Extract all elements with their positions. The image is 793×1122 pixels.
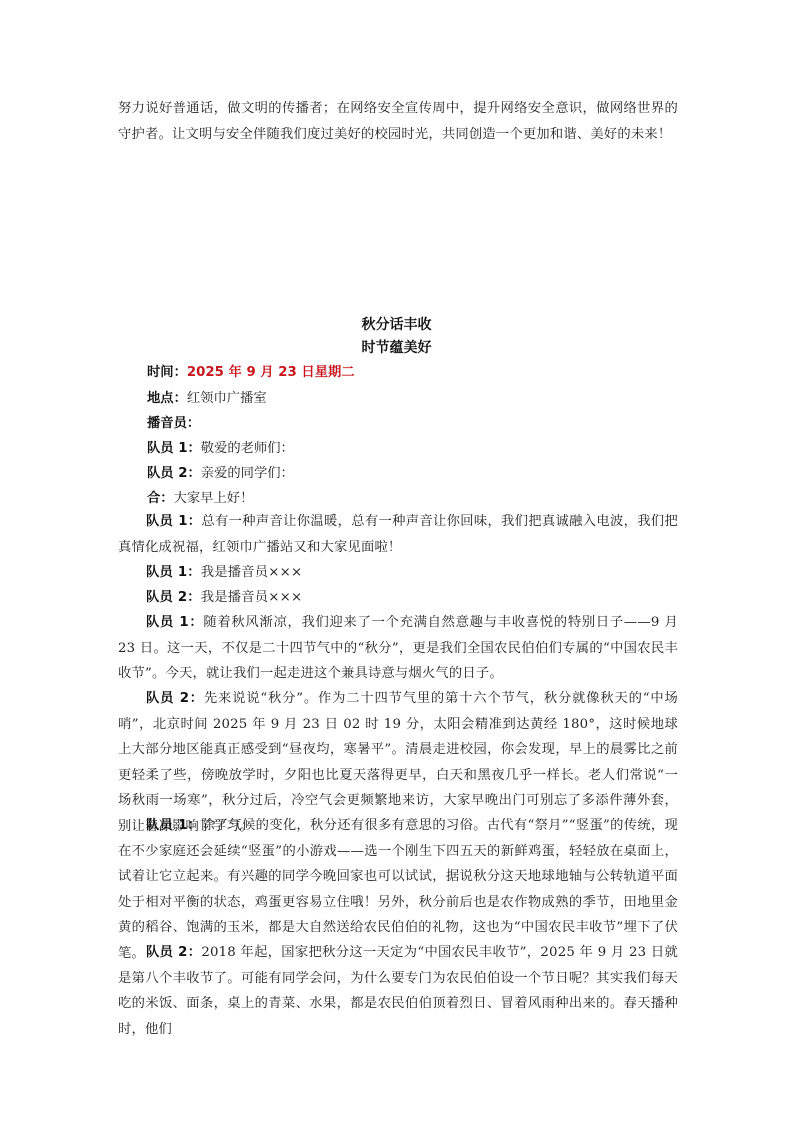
place-label: 地点： [147, 391, 187, 406]
speaker-label: 队员 2： [146, 590, 201, 605]
line-text: 总有一种声音让你温暖，总有一种声音让你回味，我们把真诚融入电波，我们把真情化成祝… [118, 514, 678, 555]
intro-paragraph: 努力说好普通话，做文明的传播者；在网络安全宣传周中，提升网络安全意识，做网络世界… [118, 96, 678, 147]
time-value: 2025 年 9 月 23 日星期二 [187, 365, 355, 380]
speaker-label: 队员 1： [146, 615, 203, 630]
script-paragraph: 队员 1：总有一种声音让你温暖，总有一种声音让你回味，我们把真诚融入电波，我们把… [118, 509, 678, 560]
script-paragraph: 队员 2：我是播音员××× [118, 585, 678, 611]
line-text: 我是播音员××× [201, 565, 303, 580]
speaker-label: 队员 1： [146, 565, 201, 580]
line-text: 敬爱的老师们： [201, 441, 294, 456]
title-line-2: 时节蕴美好 [0, 337, 793, 357]
script-paragraph: 队员 2：2018 年起，国家把秋分这一天定为“中国农民丰收节”，2025 年 … [118, 940, 678, 1042]
title-line-1: 秋分话丰收 [0, 314, 793, 334]
script-paragraph: 队员 1：随着秋风渐凉，我们迎来了一个充满自然意趣与丰收喜悦的特别日子——9 月… [118, 610, 678, 687]
script-paragraph: 队员 1：我是播音员××× [118, 560, 678, 586]
line-text: 大家早上好！ [174, 491, 254, 506]
speaker-label: 队员 2： [146, 945, 201, 960]
speaker-label: 队员 1： [146, 818, 201, 833]
time-label: 时间： [147, 365, 187, 380]
place-row: 地点：红领巾广播室 [147, 389, 267, 409]
speaker-label: 合： [147, 491, 174, 506]
script-line: 合：大家早上好！ [147, 489, 253, 509]
script-line: 队员 2：亲爱的同学们： [147, 464, 294, 484]
announcer-label: 播音员： [147, 416, 200, 431]
line-text: 亲爱的同学们： [201, 466, 294, 481]
announcer-row: 播音员： [147, 414, 200, 434]
script-line: 队员 1：敬爱的老师们： [147, 439, 294, 459]
speaker-label: 队员 2： [146, 691, 204, 706]
speaker-label: 队员 1： [146, 514, 201, 529]
document-page: 努力说好普通话，做文明的传播者；在网络安全宣传周中，提升网络安全意识，做网络世界… [0, 0, 793, 1122]
place-value: 红领巾广播室 [187, 391, 267, 406]
line-text: 我是播音员××× [201, 590, 303, 605]
speaker-label: 队员 2： [147, 466, 201, 481]
line-text: 2018 年起，国家把秋分这一天定为“中国农民丰收节”，2025 年 9 月 2… [118, 945, 678, 1037]
time-row: 时间：2025 年 9 月 23 日星期二 [147, 363, 355, 383]
speaker-label: 队员 1： [147, 441, 201, 456]
